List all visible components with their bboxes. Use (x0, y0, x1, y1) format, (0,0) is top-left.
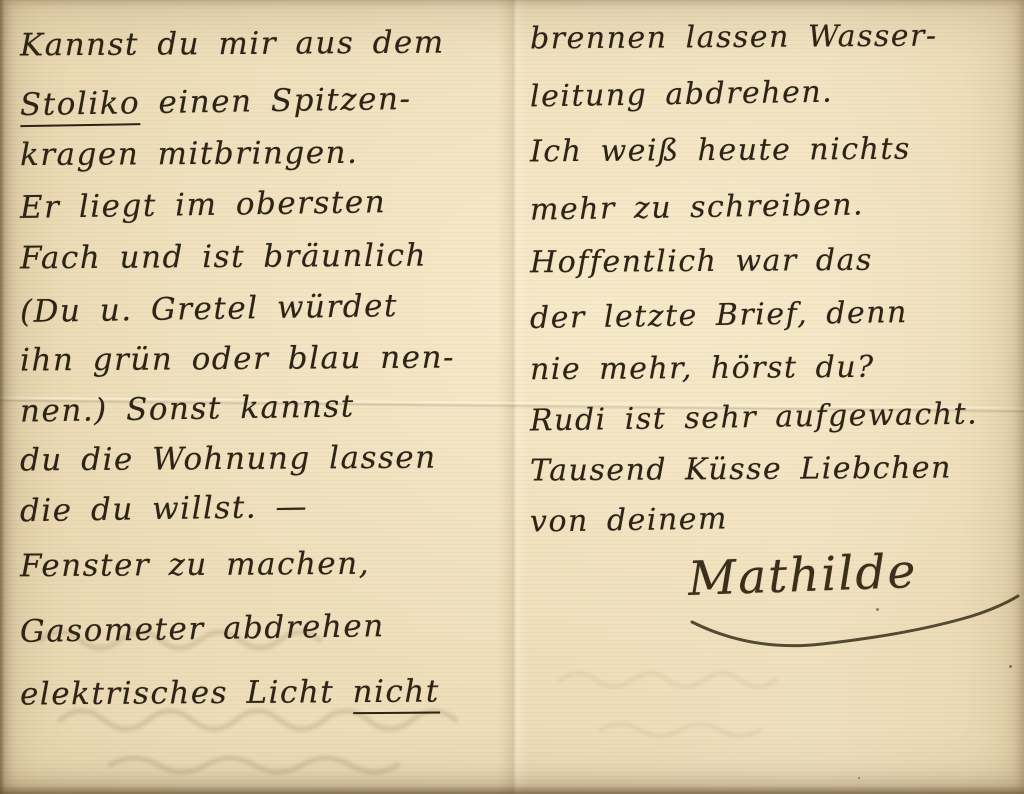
handwritten-line: von deinem (530, 501, 728, 539)
handwritten-line: Fach und ist bräunlich (20, 238, 427, 277)
underlined-word: nicht (352, 674, 439, 715)
line-text: Hoffentlich war das (530, 243, 873, 280)
line-text: Fach und ist bräunlich (20, 238, 427, 277)
line-text: der letzte Brief, denn (530, 295, 908, 336)
letter-page-right: brennen lassen Wasser-leitung abdrehen.I… (512, 0, 1024, 794)
handwritten-line: Kannst du mir aus dem (20, 25, 445, 64)
line-text: du die Wohnung lassen (20, 440, 437, 479)
handwritten-line: ihn grün oder blau nen- (20, 339, 455, 378)
handwritten-line: Gasometer abdrehen (20, 608, 385, 650)
scan-edge-left (0, 0, 5, 794)
handwritten-line: leitung abdrehen. (530, 75, 834, 115)
handwritten-line: nie mehr, hörst du? (530, 350, 875, 387)
line-text: Gasometer abdrehen (20, 608, 385, 650)
line-text: Tausend Küsse Liebchen (530, 451, 952, 489)
line-text: Fenster zu machen, (20, 546, 370, 584)
line-text: Er liegt im obersten (20, 184, 387, 226)
handwritten-line: Stoliko einen Spitzen- (20, 81, 412, 123)
line-text: elektrisches Licht (20, 674, 353, 712)
handwritten-line: Rudi ist sehr aufgewacht. (530, 396, 979, 438)
line-text: Kannst du mir aus dem (20, 25, 445, 64)
signature: Mathilde (687, 544, 918, 607)
line-text: kragen mitbringen. (20, 135, 359, 173)
line-text: brennen lassen Wasser- (530, 19, 938, 57)
handwritten-line: nen.) Sonst kannst (20, 388, 355, 429)
line-text: einen Spitzen- (140, 81, 412, 121)
handwritten-line: du die Wohnung lassen (20, 440, 437, 479)
handwritten-line: die du willst. — (20, 489, 309, 530)
line-text: die du willst. — (20, 489, 309, 530)
handwritten-line: Ich weiß heute nichts (530, 132, 911, 170)
line-text: leitung abdrehen. (530, 75, 834, 115)
letter-scan: Kannst du mir aus demStoliko einen Spitz… (0, 0, 1024, 794)
handwritten-line: (Du u. Gretel würdet (20, 288, 398, 330)
underlined-word: Stoliko (20, 85, 141, 127)
handwritten-line: kragen mitbringen. (20, 135, 359, 173)
handwritten-line: elektrisches Licht nicht (20, 674, 440, 713)
scan-edge-bottom (0, 785, 1024, 794)
handwritten-line: brennen lassen Wasser- (530, 19, 938, 57)
line-text: Rudi ist sehr aufgewacht. (530, 396, 979, 438)
handwritten-line: der letzte Brief, denn (530, 295, 908, 336)
handwritten-line: mehr zu schreiben. (530, 187, 865, 227)
letter-page-left: Kannst du mir aus demStoliko einen Spitz… (0, 0, 512, 794)
line-text: von deinem (530, 501, 728, 539)
handwritten-line: Hoffentlich war das (530, 243, 873, 280)
handwritten-line: Tausend Küsse Liebchen (530, 451, 952, 489)
line-text: nen.) Sonst kannst (20, 388, 355, 429)
line-text: Ich weiß heute nichts (530, 132, 911, 170)
line-text: nie mehr, hörst du? (530, 350, 875, 387)
handwritten-line: Fenster zu machen, (20, 546, 370, 584)
handwritten-line: Er liegt im obersten (20, 184, 387, 226)
line-text: mehr zu schreiben. (530, 187, 865, 227)
line-text: ihn grün oder blau nen- (20, 339, 455, 378)
line-text: (Du u. Gretel würdet (20, 288, 398, 330)
